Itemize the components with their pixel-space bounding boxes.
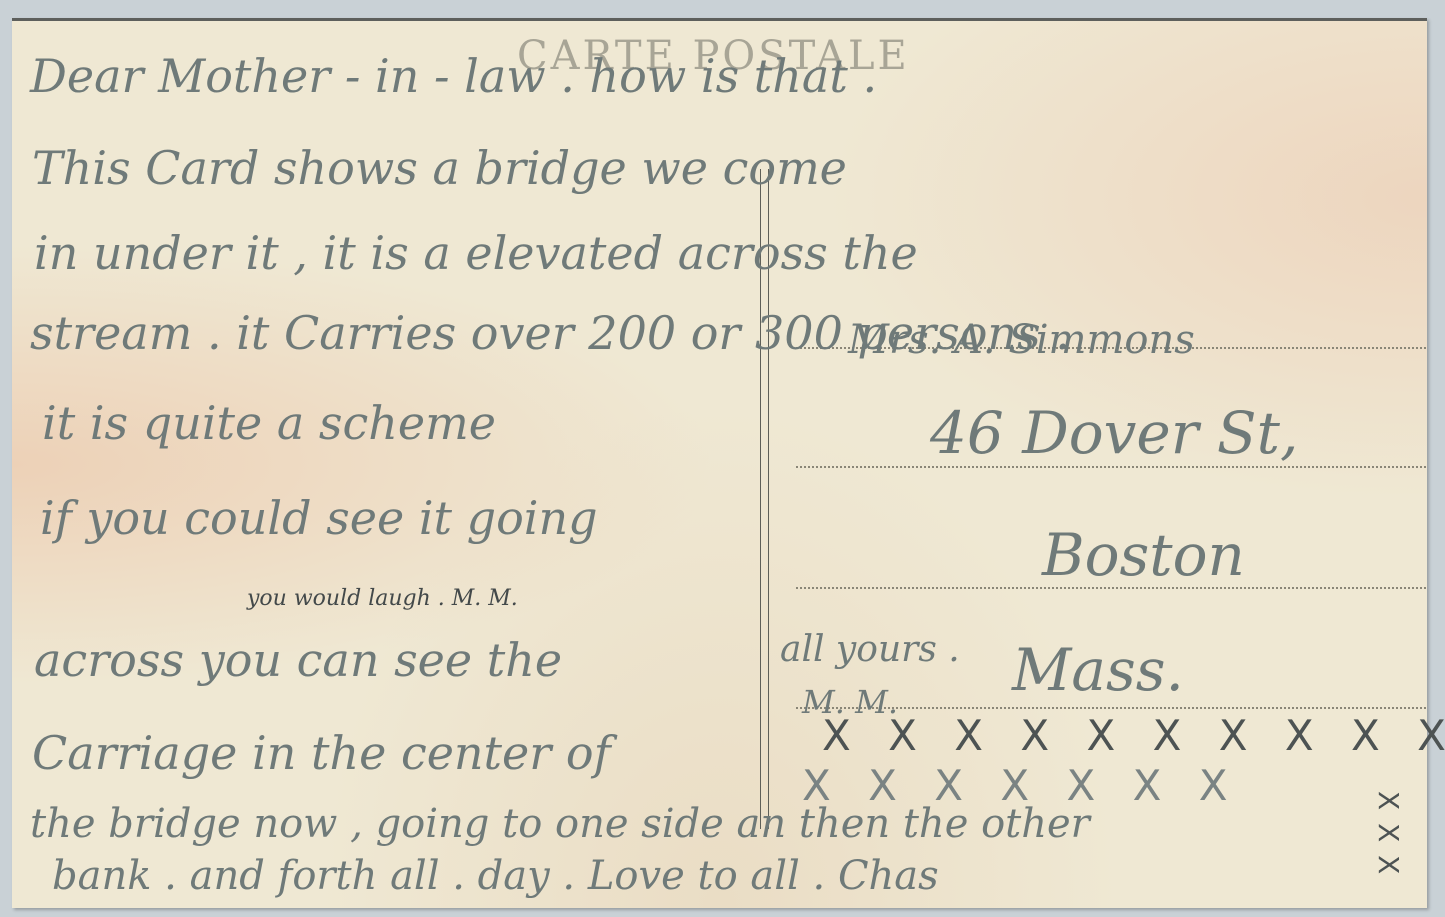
message-line-7: across you can see the	[34, 633, 562, 687]
message-line-2: This Card shows a bridge we come	[32, 141, 847, 195]
kisses-row-2: X X X X X X X	[802, 761, 1240, 810]
message-line-6: if you could see it going	[40, 491, 598, 545]
message-line-10: bank . and forth all . day . Love to all…	[52, 853, 939, 899]
message-line-5: it is quite a scheme	[42, 396, 496, 450]
recipient-street: 46 Dover St,	[930, 399, 1298, 467]
kisses-side: X X X	[1372, 791, 1405, 876]
closing-text: all yours .	[780, 629, 960, 670]
recipient-state: Mass.	[1012, 636, 1184, 704]
postcard-back: CARTE POSTALE Dear Mother - in - law . h…	[12, 18, 1427, 908]
recipient-name: Mrs. A. Simmons	[848, 317, 1195, 363]
insertion-note: you would laugh . M. M.	[247, 586, 518, 611]
message-line-3: in under it , it is a elevated across th…	[34, 226, 918, 280]
message-line-1: Dear Mother - in - law . how is that .	[30, 49, 877, 103]
recipient-city: Boston	[1042, 521, 1245, 589]
kisses-row-1: X X X X X X X X X X X V	[822, 711, 1445, 760]
message-line-8: Carriage in the center of	[32, 726, 611, 780]
